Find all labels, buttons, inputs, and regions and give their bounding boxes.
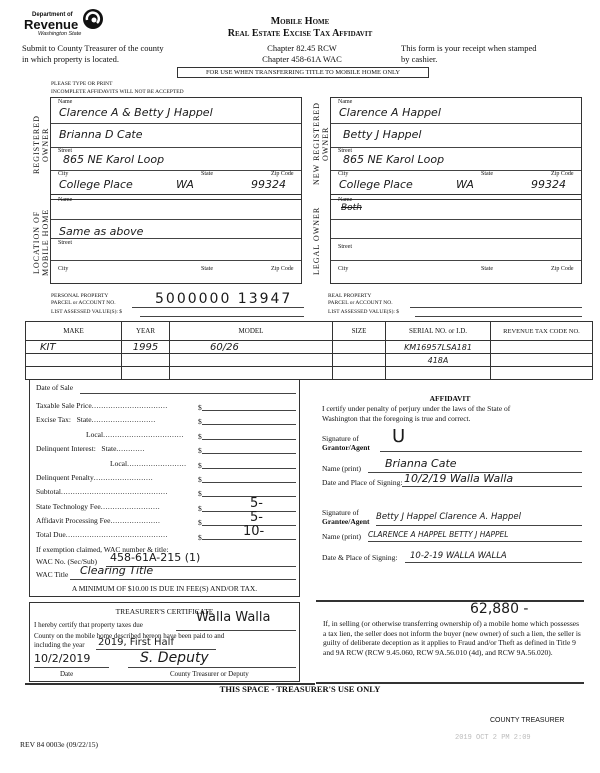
- loc-zip-label: Zip Code: [271, 266, 294, 272]
- table-row: 418A: [26, 354, 593, 367]
- treasurer-date-label: Date: [60, 670, 73, 678]
- cell-tax-code[interactable]: [491, 354, 593, 367]
- loc-state-label: State: [201, 266, 213, 272]
- instructions: PLEASE TYPE OR PRINT INCOMPLETE AFFIDAVI…: [51, 80, 184, 96]
- no-name-line2[interactable]: Betty J Happel: [343, 128, 422, 141]
- input-state-tech[interactable]: [202, 511, 296, 512]
- real-assessed-label: LIST ASSESSED VALUE(S): $: [328, 309, 399, 315]
- fee-affidavit-processing: Affidavit Processing Fee................…: [36, 516, 160, 525]
- receipt-note: This form is your receipt when stamped b…: [401, 43, 537, 65]
- no-city[interactable]: College Place: [339, 178, 413, 191]
- personal-parcel-value[interactable]: 5000000 13947: [155, 291, 292, 307]
- logo-text-state: Washington State: [38, 31, 81, 37]
- location-label: LOCATION OF MOBILE HOME: [32, 197, 52, 287]
- col-tax-code: REVENUE TAX CODE NO.: [491, 322, 593, 341]
- new-owner-label: NEW REGISTERED OWNER: [312, 98, 332, 190]
- registered-owner-label: REGISTERED OWNER: [32, 100, 52, 190]
- no-zip-label: Zip Code: [551, 171, 574, 177]
- ro-state[interactable]: WA: [176, 178, 194, 191]
- ro-city-label: City: [58, 171, 68, 177]
- fee-excise-state: Excise Tax: State.......................…: [36, 415, 156, 424]
- cell-size[interactable]: [333, 367, 386, 380]
- cell-model[interactable]: 60/26: [170, 341, 333, 354]
- value-total-due: 10-: [243, 524, 264, 539]
- grantor-date-label: Date and Place of Signing:: [322, 478, 402, 487]
- fee-delinquent-state: Delinquent Interest: State............: [36, 444, 145, 453]
- grantee-name-value[interactable]: CLARENCE A HAPPEL BETTY J HAPPEL: [368, 530, 508, 539]
- fee-dollar-signs: $$$$$$$$$$: [198, 401, 202, 545]
- form-title: Mobile Home Real Estate Excise Tax Affid…: [200, 16, 400, 40]
- wac-title-value[interactable]: Clearing Title: [80, 564, 153, 577]
- fee-excise-local: Local..................................: [86, 430, 184, 439]
- treasurer-line3-label: including the year: [34, 641, 85, 649]
- receipt-stamp: 2019 OCT 2 PM 2:09: [455, 734, 531, 742]
- fee-delinquent-penalty: Delinquent Penalty......................…: [36, 473, 153, 482]
- lo-zip-label: Zip Code: [551, 266, 574, 272]
- ro-zip[interactable]: 99324: [251, 178, 286, 191]
- grantor-name-label: Name (print): [322, 464, 361, 473]
- ro-name-label: Name: [58, 99, 72, 105]
- county-treasurer-label: COUNTY TREASURER: [490, 717, 564, 724]
- ro-state-label: State: [201, 171, 213, 177]
- input-subtotal[interactable]: [202, 496, 296, 497]
- registered-owner-box: Name Clarence A & Betty J Happel Brianna…: [50, 97, 302, 200]
- cell-model[interactable]: [170, 354, 333, 367]
- treasurer-signature[interactable]: S. Deputy: [140, 650, 209, 666]
- fee-subtotal: Subtotal................................…: [36, 487, 168, 496]
- legal-owner-box: Name Both Street City State Zip Code: [330, 194, 582, 284]
- col-size: SIZE: [333, 322, 386, 341]
- chapter-refs: Chapter 82.45 RCW Chapter 458-61A WAC: [252, 43, 352, 65]
- cell-model[interactable]: [170, 367, 333, 380]
- grantee-sig-label: Signature of Grantee/Agent: [322, 508, 370, 526]
- personal-assessed-label: LIST ASSESSED VALUE(S): $: [51, 309, 122, 315]
- grantor-name-value[interactable]: Brianna Cate: [385, 457, 457, 470]
- affidavit-title: AFFIDAVIT: [300, 394, 600, 403]
- value-affidavit-processing: 5-: [250, 510, 263, 525]
- location-box: Name Same as above Street City State Zip…: [50, 194, 302, 284]
- legal-owner-label: LEGAL OWNER: [312, 197, 332, 285]
- date-of-sale-input[interactable]: [80, 393, 296, 394]
- dor-logo: Department of Revenue Washington State: [14, 8, 104, 40]
- use-banner: FOR USE WHEN TRANSFERRING TITLE TO MOBIL…: [177, 67, 429, 78]
- lien-notice-text: If, in selling (or otherwise transferrin…: [323, 619, 583, 658]
- fee-state-tech: State Technology Fee....................…: [36, 502, 160, 511]
- treasurer-line1-label: I hereby certify that property taxes due: [34, 621, 143, 629]
- lo-street-label: Street: [338, 244, 352, 250]
- grantee-name-label: Name (print): [322, 532, 361, 541]
- affidavit-statement: I certify under penalty of perjury under…: [322, 404, 510, 423]
- dor-swirl-icon: [82, 8, 104, 30]
- real-parcel-label: REAL PROPERTY PARCEL or ACCOUNT NO.: [328, 293, 393, 307]
- lo-name-value[interactable]: Both: [341, 203, 362, 213]
- ro-street[interactable]: 865 NE Karol Loop: [63, 153, 164, 166]
- fee-delinquent-local: Local.........................: [110, 459, 186, 468]
- input-total-due[interactable]: [202, 539, 296, 540]
- col-model: MODEL: [170, 322, 333, 341]
- lo-city-label: City: [338, 266, 348, 272]
- grantor-sig-label: Signature of Grantor/Agent: [322, 434, 370, 452]
- treasurer-county-value[interactable]: Walla Walla: [196, 610, 271, 625]
- form-title-line2: Real Estate Excise Tax Affidavit: [200, 28, 400, 40]
- cell-year[interactable]: 1995: [122, 341, 170, 354]
- no-state[interactable]: WA: [456, 178, 474, 191]
- grantee-date-value[interactable]: 10-2-19 WALLA WALLA: [410, 551, 507, 561]
- grantee-signature[interactable]: Betty J Happel Clarence A. Happel: [376, 512, 521, 522]
- form-title-line1: Mobile Home: [200, 16, 400, 28]
- input-delinquent-local[interactable]: [202, 468, 296, 469]
- treasurer-use-only: THIS SPACE - TREASURER'S USE ONLY: [0, 684, 600, 694]
- fee-taxable-sale-price: Taxable Sale Price......................…: [36, 401, 168, 410]
- cell-size[interactable]: [333, 354, 386, 367]
- col-serial: SERIAL NO. or I.D.: [386, 322, 491, 341]
- col-year: YEAR: [122, 322, 170, 341]
- cell-serial[interactable]: [386, 367, 491, 380]
- loc-name-label: Name: [58, 197, 72, 203]
- submit-note: Submit to County Treasurer of the county…: [22, 43, 164, 65]
- input-delinquent-penalty[interactable]: [202, 482, 296, 483]
- real-parcel-input[interactable]: [410, 307, 582, 308]
- loc-city-label: City: [58, 266, 68, 272]
- wac-no-value[interactable]: 458-61A-215 (1): [110, 551, 200, 564]
- ro-name-line1[interactable]: Clarence A & Betty J Happel: [59, 106, 213, 119]
- no-city-label: City: [338, 171, 348, 177]
- fee-total-due: Total Due...............................…: [36, 530, 168, 539]
- cell-tax-code[interactable]: [491, 341, 593, 354]
- table-row: [26, 367, 593, 380]
- cell-serial[interactable]: 418A: [386, 354, 491, 367]
- input-taxable-sale-price[interactable]: [202, 410, 296, 411]
- ro-name-line2[interactable]: Brianna D Cate: [59, 128, 143, 141]
- col-make: MAKE: [26, 322, 122, 341]
- grantor-date-value[interactable]: 10/2/19 Walla Walla: [404, 472, 513, 485]
- value-state-tech: 5-: [250, 496, 263, 511]
- cell-make[interactable]: KIT: [26, 341, 122, 354]
- personal-parcel-label: PERSONAL PROPERTY PARCEL or ACCOUNT NO.: [51, 293, 116, 307]
- cell-year[interactable]: [122, 354, 170, 367]
- no-name-label: Name: [338, 99, 352, 105]
- vehicle-table-header: MAKE YEAR MODEL SIZE SERIAL NO. or I.D. …: [26, 322, 593, 341]
- treasurer-sig-label: County Treasurer or Deputy: [170, 670, 249, 678]
- cell-make[interactable]: [26, 354, 122, 367]
- new-owner-box: Name Clarence A Happel Betty J Happel St…: [330, 97, 582, 200]
- date-of-sale-label: Date of Sale: [36, 383, 73, 392]
- lo-state-label: State: [481, 266, 493, 272]
- input-delinquent-state[interactable]: [202, 453, 296, 454]
- cell-tax-code[interactable]: [491, 367, 593, 380]
- table-row: KIT 1995 60/26 KM16957LSA181: [26, 341, 593, 354]
- no-street[interactable]: 865 NE Karol Loop: [343, 153, 444, 166]
- ro-zip-label: Zip Code: [271, 171, 294, 177]
- form-number: REV 84 0003e (09/22/15): [20, 740, 98, 749]
- no-state-label: State: [481, 171, 493, 177]
- lien-handwritten-value: 62,880 -: [470, 601, 529, 617]
- ro-city[interactable]: College Place: [59, 178, 133, 191]
- no-zip[interactable]: 99324: [531, 178, 566, 191]
- cell-size[interactable]: [333, 341, 386, 354]
- minimum-note: A MINIMUM OF $10.00 IS DUE IN FEE(S) AND…: [29, 584, 300, 593]
- logo-text-revenue: Revenue: [24, 18, 78, 31]
- wac-title-label: WAC Title: [36, 570, 68, 579]
- input-excise-local[interactable]: [202, 439, 296, 440]
- input-excise-state[interactable]: [202, 424, 296, 425]
- cell-make[interactable]: [26, 367, 122, 380]
- treasurer-date-value[interactable]: 10/2/2019: [34, 652, 90, 665]
- loc-name-value[interactable]: Same as above: [59, 225, 143, 238]
- cell-serial[interactable]: KM16957LSA181: [386, 341, 491, 354]
- vehicle-table: MAKE YEAR MODEL SIZE SERIAL NO. or I.D. …: [25, 321, 593, 380]
- grantor-signature[interactable]: U: [392, 426, 405, 447]
- no-name-line1[interactable]: Clarence A Happel: [339, 106, 441, 119]
- treasurer-year-value[interactable]: 2019, First Half: [98, 637, 174, 648]
- cell-year[interactable]: [122, 367, 170, 380]
- loc-street-label: Street: [58, 240, 72, 246]
- grantee-date-label: Date & Place of Signing:: [322, 553, 397, 562]
